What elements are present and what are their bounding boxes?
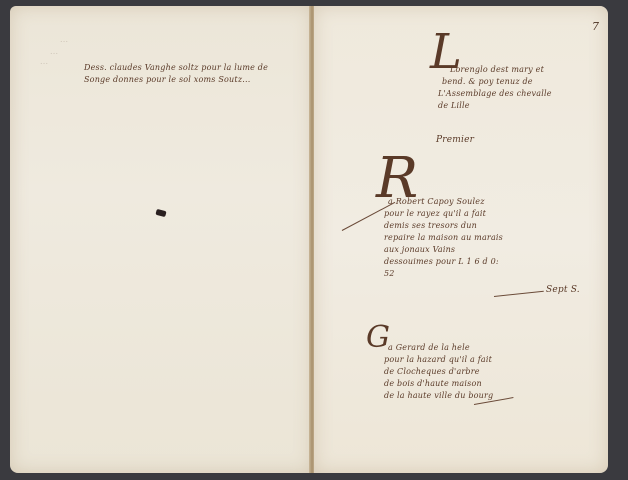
entry-tail: 52 bbox=[384, 268, 395, 280]
entry-line: pour la hazard qu'il a fait bbox=[384, 354, 492, 366]
amount-rule bbox=[494, 291, 544, 297]
folio-number: 7 bbox=[592, 20, 599, 33]
entry-line: de Clocheques d'arbre bbox=[384, 366, 480, 378]
heading-line: de Lille bbox=[438, 100, 470, 112]
entry-line: aux jonaux Vains bbox=[384, 244, 455, 256]
entry-line: de bois d'haute maison bbox=[384, 378, 482, 390]
entry-line: demis ses tresors dun bbox=[384, 220, 477, 232]
entry-line: pour le rayez qu'il a fait bbox=[384, 208, 486, 220]
bleedthrough-line: ... bbox=[40, 56, 48, 68]
ink-stain bbox=[155, 209, 166, 217]
entry-line: a Robert Capoy Soulez bbox=[388, 196, 485, 208]
bleedthrough-line: ... bbox=[50, 46, 58, 58]
amount-mark: Sept S. bbox=[546, 284, 580, 296]
entry-line: Songe donnes pour le sol xoms Soutz... bbox=[84, 74, 250, 86]
entry-initial: G bbox=[366, 320, 390, 355]
entry-line: de la haute ville du bourg bbox=[384, 390, 493, 402]
heading-line: Lorenglo dest mary et bbox=[450, 64, 544, 76]
heading-line: L'Assemblage des chevalle bbox=[438, 88, 552, 100]
entry-line: a Gerard de la hele bbox=[388, 342, 470, 354]
right-page: 7 L Lorenglo dest mary et bend. & poy te… bbox=[314, 6, 608, 473]
section-title: Premier bbox=[436, 134, 474, 146]
bleedthrough-line: ... bbox=[60, 34, 68, 46]
entry-line: dessouimes pour L 1 6 d 0: bbox=[384, 256, 499, 268]
heading-line: bend. & poy tenuz de bbox=[442, 76, 533, 88]
left-page: ... ... ... Dess. claudes Vanghe soltz p… bbox=[10, 6, 312, 473]
entry-line: repaire la maison au marais bbox=[384, 232, 503, 244]
entry-line: Dess. claudes Vanghe soltz pour la lume … bbox=[84, 62, 268, 74]
